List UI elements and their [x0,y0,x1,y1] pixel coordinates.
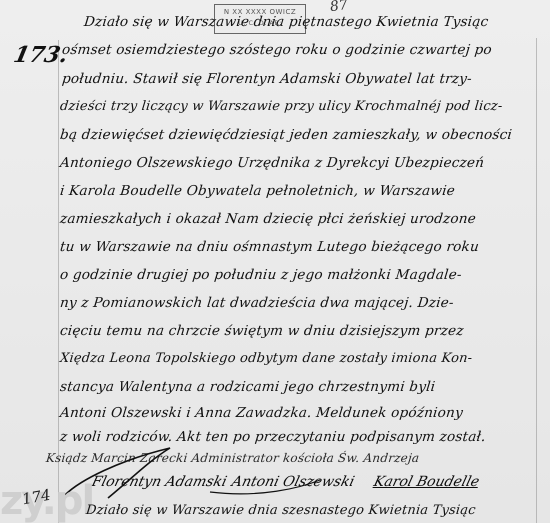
right-margin-rule [536,38,537,523]
record-line-8: zamieszkałych i okazał Nam dziecię płci … [59,211,477,227]
record-line-4: dzieści trzy liczący w Warszawie przy ul… [59,99,503,114]
signature-witness-2: Karol Boudelle [372,474,481,490]
record-line-9: tu w Warszawie na dniu ośmnastym Lutego … [59,239,480,255]
page-number: 87 [329,0,349,15]
signature-witness-1: Antoni Olszewski [230,474,356,490]
record-line-2: ośmset osiemdziestego szóstego roku o go… [61,42,493,58]
next-act-first-line: Działo się w Warszawie dnia szesnastego … [85,503,476,518]
record-line-11: ny z Pomianowskich lat dwadzieścia dwa m… [59,295,454,311]
record-line-5: bą dziewięćset dziewięćdziesiąt jeden za… [59,127,513,143]
record-line-12: cięciu temu na chrzcie świętym w dniu dz… [59,323,464,339]
record-line-7: i Karola Boudelle Obywatela pełnoletnich… [59,183,456,199]
record-line-6: Antoniego Olszewskiego Urzędnika z Dyrek… [59,155,485,171]
record-line-13: Xiędza Leona Topolskiego odbytym dane zo… [59,351,473,366]
record-line-3: południu. Stawił się Florentyn Adamski O… [61,71,473,87]
record-line-15: Antoni Olszewski i Anna Zawadzka. Meldun… [59,405,464,421]
record-line-14: stancya Walentyna a rodzicami jego chrze… [59,379,436,395]
record-line-10: o godzinie drugiej po południu z jego ma… [59,267,462,283]
signature-father: Florentyn Adamski [90,474,228,490]
document-page: N XX XXXX OWICZ U. C. D. AR: 87 173. Dzi… [0,0,550,523]
record-line-1: Działo się w Warszawie dnia piętnastego … [83,14,489,30]
signature-flourish [60,440,360,500]
